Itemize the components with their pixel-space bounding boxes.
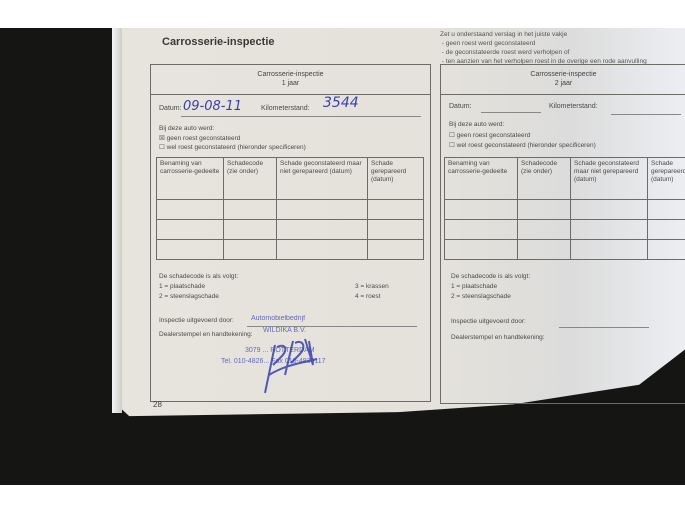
option-rust[interactable]: ☐ wel roest geconstateerd (hieronder spe… — [449, 141, 596, 149]
column-header: Schadecode (zie onder) — [518, 158, 571, 200]
notes-item: - geen roest werd geconstateerd — [440, 39, 647, 48]
page-edge — [112, 28, 122, 413]
dealer-label: Dealerstempel en handtekening: — [451, 334, 545, 341]
column-header: Schade geconstateerd maar niet gereparee… — [571, 158, 648, 200]
km-label: Kilometerstand: — [549, 103, 598, 110]
performed-by-stamp: Automobielbedrijf — [251, 315, 305, 322]
table-row — [157, 220, 424, 240]
inspection-heading: Carrosserie-inspectie 1 jaar — [151, 65, 430, 95]
stamp-line: WILDIKA B.V. — [263, 327, 306, 334]
table-row — [157, 200, 424, 220]
code-intro: De schadecode is als volgt: — [451, 273, 530, 280]
table-row — [445, 220, 685, 240]
date-field[interactable] — [481, 112, 541, 113]
column-header: Schade gerepareerd (datum) — [368, 158, 424, 200]
table-row — [445, 240, 685, 260]
column-header: Schade gerepareerd (datum) — [648, 158, 685, 200]
column-header: Benaming van carrosserie-gedeelte — [157, 158, 224, 200]
date-label: Datum: — [449, 103, 472, 110]
column-header: Schadecode (zie onder) — [224, 158, 277, 200]
date-label: Datum: — [159, 105, 182, 112]
code-1: 1 = plaatschade — [451, 283, 497, 290]
code-3: 3 = krassen — [355, 283, 389, 290]
damage-table: Benaming van carrosserie-gedeelte Schade… — [444, 157, 685, 260]
option-rust[interactable]: ☐ wel roest geconstateerd (hieronder spe… — [159, 143, 306, 151]
performed-by-field[interactable] — [559, 327, 649, 328]
column-header: Benaming van carrosserie-gedeelte — [445, 158, 518, 200]
performed-by-label: Inspectie uitgevoerd door: — [451, 318, 526, 325]
inspection-box-2-years: Carrosserie-inspectie 2 jaar Datum: Kilo… — [440, 64, 685, 404]
page-title: Carrosserie-inspectie — [162, 36, 275, 48]
table-header-row: Benaming van carrosserie-gedeelte Schade… — [157, 158, 424, 200]
table-header-row: Benaming van carrosserie-gedeelte Schade… — [445, 158, 685, 200]
inspection-heading: Carrosserie-inspectie 2 jaar — [441, 65, 685, 95]
km-label: Kilometerstand: — [261, 105, 310, 112]
date-value[interactable]: 09-08-11 — [183, 99, 242, 114]
car-intro: Bij deze auto werd: — [159, 125, 214, 132]
km-value[interactable]: 3544 — [323, 95, 359, 111]
code-intro: De schadecode is als volgt: — [159, 273, 238, 280]
top-notes: Zet u onderstaand verslag in het juiste … — [440, 30, 647, 66]
column-header: Schade geconstateerd maar niet gereparee… — [277, 158, 368, 200]
car-intro: Bij deze auto werd: — [449, 121, 504, 128]
inspection-period: 2 jaar — [441, 79, 685, 88]
page-number: 28 — [153, 400, 162, 409]
table-row — [445, 200, 685, 220]
option-no-rust[interactable]: ☐ geen roest geconstateerd — [449, 131, 530, 139]
option-no-rust[interactable]: ☒ geen roest geconstateerd — [159, 134, 240, 142]
code-4: 4 = roest — [355, 293, 380, 300]
code-1: 1 = plaatschade — [159, 283, 205, 290]
notes-intro: Zet u onderstaand verslag in het juiste … — [440, 30, 647, 39]
damage-table: Benaming van carrosserie-gedeelte Schade… — [156, 157, 424, 260]
dealer-label: Dealerstempel en handtekening: — [159, 331, 253, 338]
code-2: 2 = steenslagschade — [451, 293, 511, 300]
inspection-period: 1 jaar — [151, 79, 430, 88]
performed-by-label: Inspectie uitgevoerd door: — [159, 317, 234, 324]
signature — [255, 335, 335, 395]
notes-item: - de geconstateerde roest werd verholpen… — [440, 48, 647, 57]
km-field[interactable] — [611, 114, 681, 115]
table-row — [157, 240, 424, 260]
code-2: 2 = steenslagschade — [159, 293, 219, 300]
